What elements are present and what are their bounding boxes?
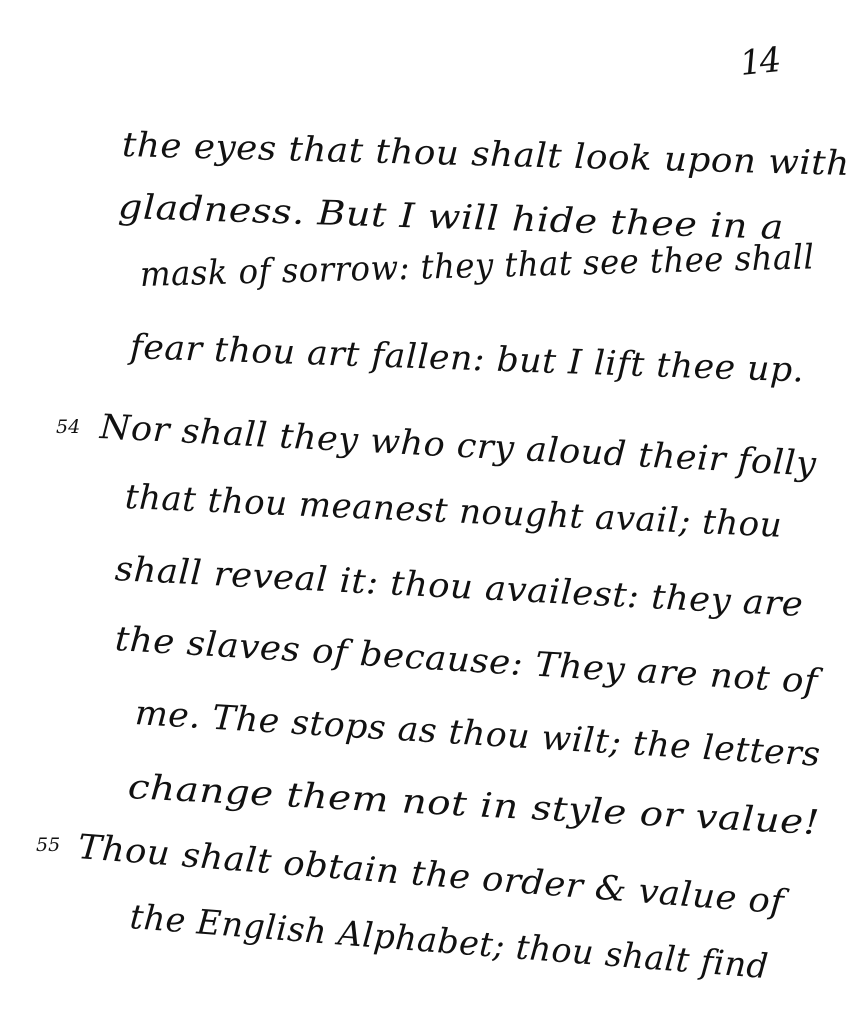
verse-number: 55 — [36, 834, 60, 856]
manuscript-line: the slaves of because: They are not of — [114, 622, 819, 699]
manuscript-line: change them not in style or value! — [127, 770, 821, 840]
manuscript-line: gladness. But I will hide thee in a — [117, 190, 784, 245]
manuscript-line: shall reveal it: thou availest: they are — [114, 552, 804, 622]
manuscript-line: fear thou art fallen: but I lift thee up… — [129, 330, 804, 388]
manuscript-page: 14 the eyes that thou shalt look upon wi… — [0, 0, 857, 1024]
manuscript-line: Nor shall they who cry aloud their folly — [99, 410, 817, 481]
manuscript-line: mask of sorrow: they that see thee shall — [140, 240, 815, 292]
manuscript-line: the eyes that thou shalt look upon with — [122, 128, 851, 181]
page-number: 14 — [738, 40, 781, 84]
manuscript-line: that thou meanest nought avail; thou — [124, 480, 783, 543]
manuscript-line: me. The stops as thou wilt; the letters — [134, 696, 822, 772]
verse-number: 54 — [56, 416, 80, 438]
